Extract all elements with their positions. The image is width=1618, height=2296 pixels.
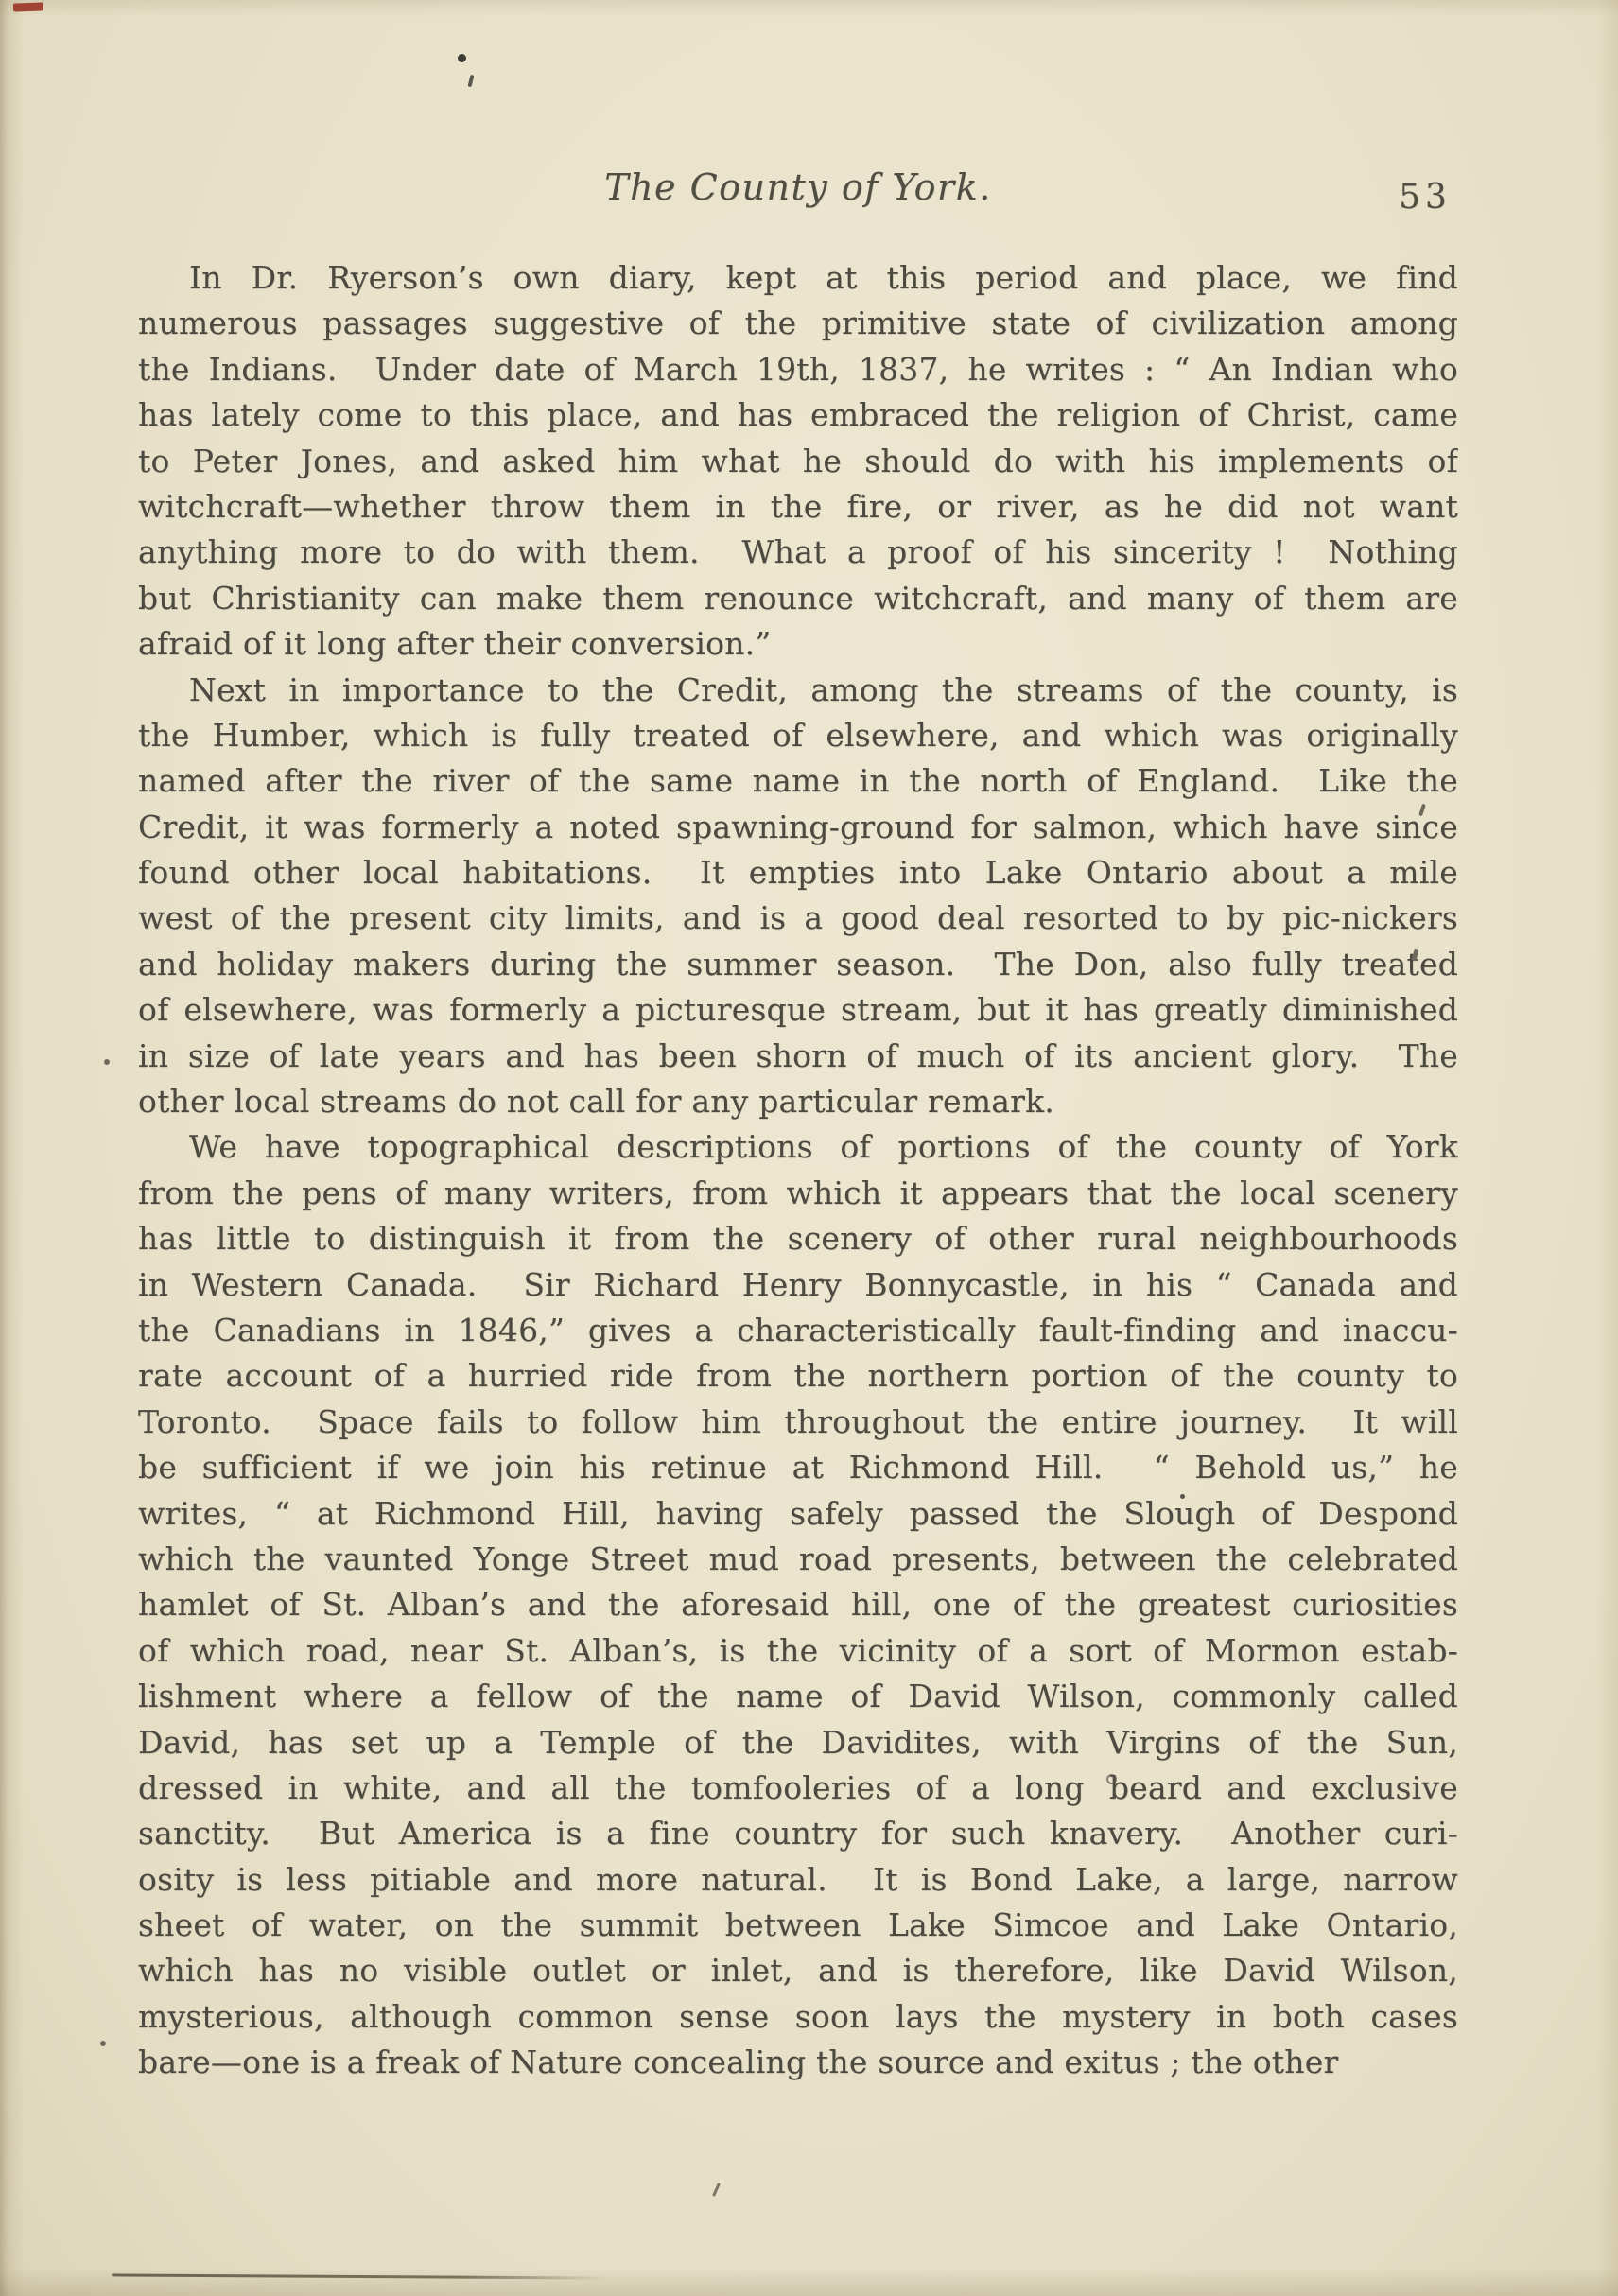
paragraph: We have topographical descriptions of po…	[138, 1124, 1458, 2085]
text-line: other local streams do not call for any …	[138, 1079, 1458, 1124]
text-line: In Dr. Ryerson’s own diary, kept at this…	[138, 255, 1458, 301]
text-line: named after the river of the same name i…	[138, 758, 1458, 804]
text-line: afraid of it long after their conversion…	[138, 621, 1458, 667]
page-header-title: The County of York.	[138, 166, 1458, 208]
scan-speck-left-dot-2	[100, 2041, 106, 2046]
text-line: in Western Canada. Sir Richard Henry Bon…	[138, 1262, 1458, 1308]
text-block: In Dr. Ryerson’s own diary, kept at this…	[138, 255, 1458, 2086]
text-line: hamlet of St. Alban’s and the aforesaid …	[138, 1582, 1458, 1627]
text-line: of which road, near St. Alban’s, is the …	[138, 1628, 1458, 1674]
text-line: bare—one is a freak of Nature concealing…	[138, 2040, 1458, 2085]
text-line: found other local habitations. It emptie…	[138, 850, 1458, 896]
text-line: writes, “ at Richmond Hill, having safel…	[138, 1491, 1458, 1537]
text-line: sanctity. But America is a fine country …	[138, 1811, 1458, 1856]
text-line: the Canadians in 1846,” gives a characte…	[138, 1308, 1458, 1353]
text-line: Credit, it was formerly a noted spawning…	[138, 805, 1458, 850]
text-line: mysterious, although common sense soon l…	[138, 1994, 1458, 2040]
scan-speck-left-dot-1	[104, 1059, 110, 1065]
text-line: the Humber, which is fully treated of el…	[138, 713, 1458, 758]
text-line: which has no visible outlet or inlet, an…	[138, 1948, 1458, 1993]
text-line: of elsewhere, was formerly a picturesque…	[138, 987, 1458, 1033]
text-line: but Christianity can make them renounce …	[138, 576, 1458, 621]
text-line: and holiday makers during the summer sea…	[138, 942, 1458, 987]
text-line: west of the present city limits, and is …	[138, 896, 1458, 941]
paragraph: In Dr. Ryerson’s own diary, kept at this…	[138, 255, 1458, 668]
text-line: has little to distinguish it from the sc…	[138, 1216, 1458, 1261]
text-line: dressed in white, and all the tomfooleri…	[138, 1765, 1458, 1811]
text-line: osity is less pitiable and more natural.…	[138, 1857, 1458, 1903]
text-line: to Peter Jones, and asked him what he sh…	[138, 439, 1458, 484]
text-line: We have topographical descriptions of po…	[138, 1124, 1458, 1170]
text-line: in size of late years and has been shorn…	[138, 1034, 1458, 1079]
text-line: Next in importance to the Credit, among …	[138, 668, 1458, 713]
text-line: from the pens of many writers, from whic…	[138, 1171, 1458, 1216]
page-number: 53	[1373, 178, 1477, 217]
text-line: witchcraft—whether throw them in the fir…	[138, 484, 1458, 530]
text-line: has lately come to this place, and has e…	[138, 392, 1458, 438]
scan-speck-dot-above-header	[458, 54, 466, 62]
text-line: numerous passages suggestive of the prim…	[138, 301, 1458, 346]
text-line: which the vaunted Yonge Street mud road …	[138, 1537, 1458, 1582]
text-line: sheet of water, on the summit between La…	[138, 1903, 1458, 1948]
scan-speck-red-mark	[13, 2, 43, 11]
text-line: anything more to do with them. What a pr…	[138, 530, 1458, 575]
scan-speck-bottom-slash	[712, 2183, 721, 2197]
scan-speck-apostrophe	[467, 75, 474, 88]
scan-speck-ring-commonly	[1106, 1774, 1117, 1784]
scanned-book-page: The County of York. 53 In Dr. Ryerson’s …	[0, 0, 1618, 2296]
text-line: Toronto. Space fails to follow him throu…	[138, 1400, 1458, 1445]
paragraph: Next in importance to the Credit, among …	[138, 668, 1458, 1125]
text-line: be sufficient if we join his retinue at …	[138, 1445, 1458, 1490]
page-edge-shadow	[112, 2273, 607, 2279]
text-line: the Indians. Under date of March 19th, 1…	[138, 347, 1458, 392]
scan-speck-dot-slough	[1180, 1494, 1185, 1499]
text-line: David, has set up a Temple of the Davidi…	[138, 1720, 1458, 1765]
text-line: lishment where a fellow of the name of D…	[138, 1674, 1458, 1719]
text-line: rate account of a hurried ride from the …	[138, 1353, 1458, 1399]
